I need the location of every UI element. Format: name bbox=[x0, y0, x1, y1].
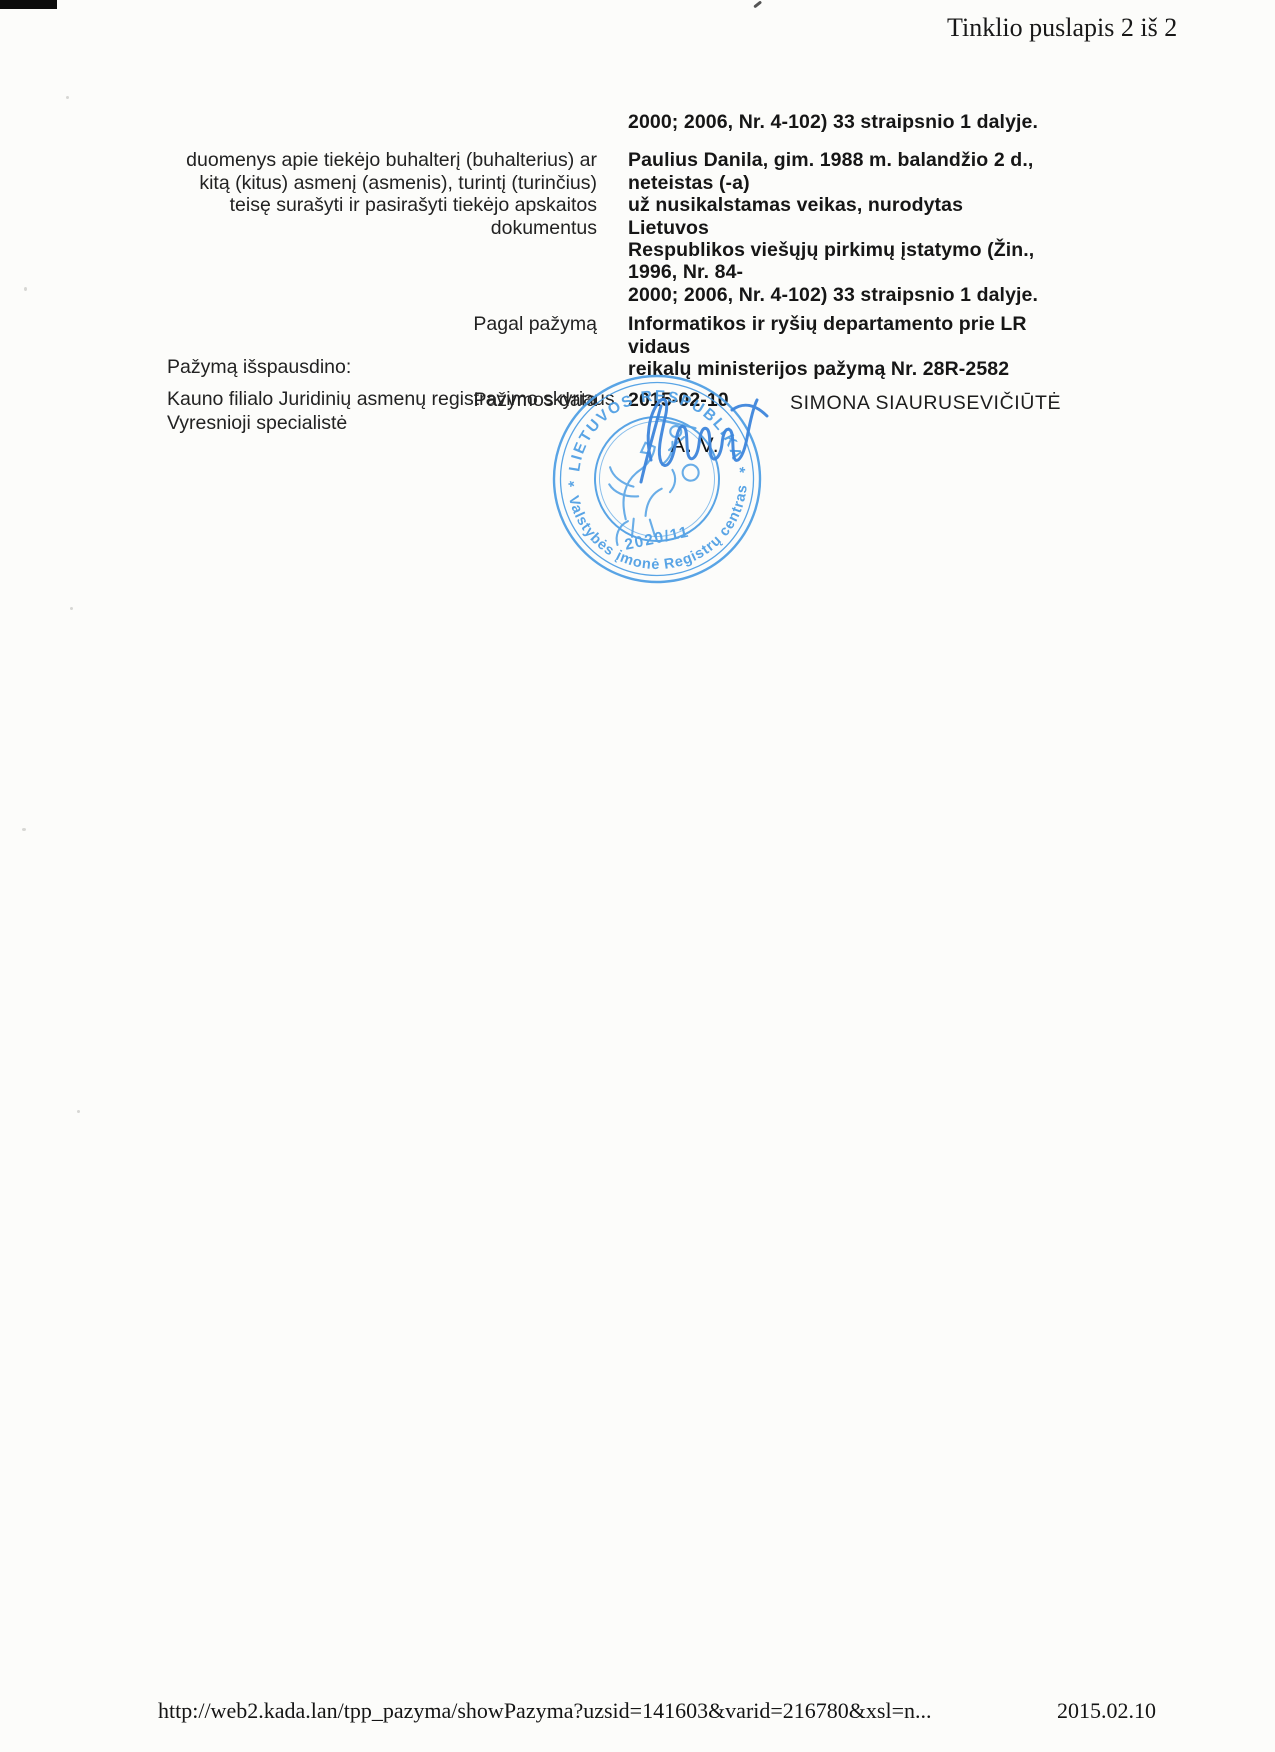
footer-date: 2015.02.10 bbox=[1057, 1698, 1156, 1724]
page-number-header: Tinklio puslapis 2 iš 2 bbox=[947, 13, 1177, 43]
scan-speck bbox=[66, 96, 69, 99]
scan-speck bbox=[24, 287, 27, 291]
record-label bbox=[167, 111, 597, 133]
scan-speck bbox=[22, 828, 26, 831]
scan-speck bbox=[70, 607, 73, 610]
footer-url: http://web2.kada.lan/tpp_pazyma/showPazy… bbox=[158, 1698, 931, 1724]
record-row: 2000; 2006, Nr. 4-102) 33 straipsnio 1 d… bbox=[167, 111, 1047, 133]
record-row: duomenys apie tiekėjo buhalterį (buhalte… bbox=[167, 149, 1047, 306]
scan-speck bbox=[77, 1110, 80, 1113]
signature bbox=[637, 376, 777, 488]
record-value: 2000; 2006, Nr. 4-102) 33 straipsnio 1 d… bbox=[628, 111, 1042, 133]
scanned-document-page: Tinklio puslapis 2 iš 2 2000; 2006, Nr. … bbox=[0, 0, 1275, 1752]
record-label: duomenys apie tiekėjo buhalterį (buhalte… bbox=[167, 149, 597, 306]
record-value: Paulius Danila, gim. 1988 m. balandžio 2… bbox=[628, 149, 1042, 306]
signature-svg bbox=[637, 376, 777, 488]
scan-artifact-tick bbox=[753, 0, 762, 8]
officer-name: SIMONA SIAURUSEVIČIŪTĖ bbox=[790, 392, 1061, 415]
scan-artifact-corner-bar bbox=[0, 0, 57, 9]
